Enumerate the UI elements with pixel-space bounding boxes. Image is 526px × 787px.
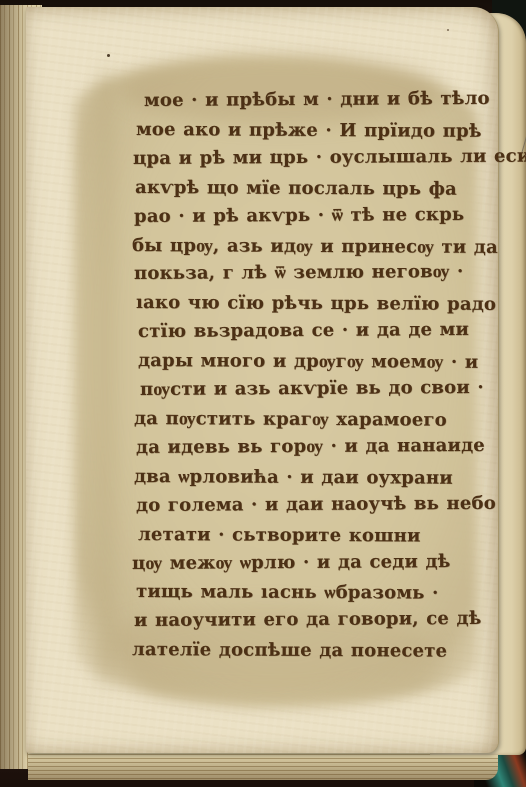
- manuscript-line: рао · и рѣ акѵрь · ѿ тѣ не скрь: [134, 201, 480, 232]
- manuscript-line: мое · и прѣбы м · дни и бѣ тѣло: [144, 85, 480, 116]
- manuscript-line: цра и рѣ ми црь · оуслышаль ли еси: [133, 143, 480, 174]
- manuscript-line: лателїе доспѣше да понесете: [132, 636, 480, 667]
- manuscript-line: акѵрѣ що мїе послаль црь фа: [135, 174, 480, 205]
- manuscript-line: два ѡрловића · и даи оухрани: [134, 463, 480, 494]
- manuscript-line: стїю вьзрадова се · и да де ми: [138, 316, 480, 347]
- manuscript-page: мое · и прѣбы м · дни и бѣ тѣло мое ако …: [26, 7, 499, 753]
- ink-speck: [107, 54, 110, 57]
- manuscript-line: мое ако и прѣже · И прїидо прѣ: [136, 116, 480, 147]
- manuscript-line: да идевь вь горѹ · и да нанаиде: [136, 432, 480, 463]
- manuscript-line: летати · сьтворите кошни: [138, 521, 480, 552]
- manuscript-line: пѹсти и азь акѵрїе вь до свои ·: [140, 374, 480, 405]
- manuscript-photo: мое · и прѣбы м · дни и бѣ тѣло мое ако …: [0, 0, 526, 787]
- manuscript-line: цѹ межѹ ѡрлю · и да седи дѣ: [132, 547, 480, 578]
- handwritten-text-block: мое · и прѣбы м · дни и бѣ тѣло мое ако …: [132, 87, 480, 665]
- ink-speck: [447, 29, 449, 31]
- manuscript-line: и наоучити его да говори, се дѣ: [134, 605, 480, 636]
- manuscript-line: покьза, г лѣ ѿ землю неговѹ ·: [134, 258, 480, 289]
- manuscript-line: да пѹстить крагѹ харамоего: [134, 405, 480, 436]
- gutter-shadow-streak: [92, 67, 118, 687]
- manuscript-line: до голема · и даи наоучѣ вь небо: [136, 490, 480, 521]
